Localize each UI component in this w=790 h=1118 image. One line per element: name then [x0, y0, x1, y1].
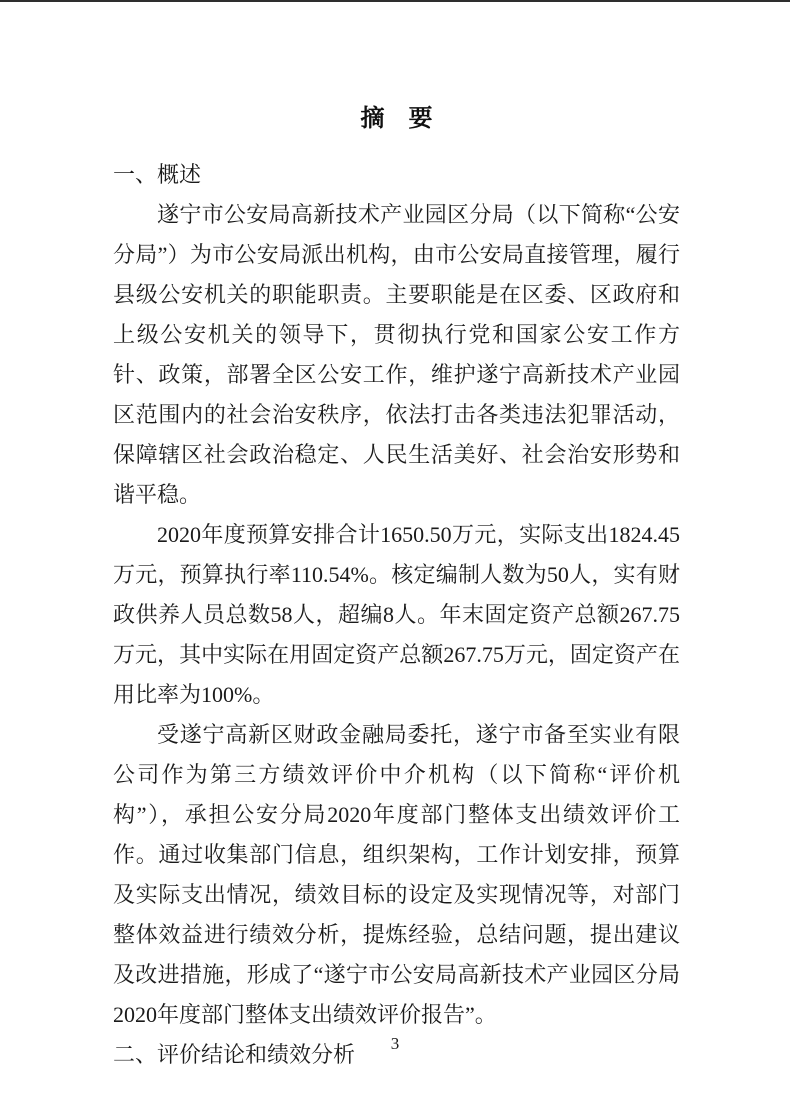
page-content: 摘 要 一、概述 遂宁市公安局高新技术产业园区分局（以下简称“公安分局”）为市公…: [113, 98, 680, 1075]
paragraph-organization-overview: 遂宁市公安局高新技术产业园区分局（以下简称“公安分局”）为市公安局派出机构，由市…: [113, 195, 680, 515]
paragraph-budget-figures: 2020年度预算安排合计1650.50万元，实际支出1824.45万元，预算执行…: [113, 515, 680, 715]
page-number: 3: [0, 1034, 790, 1054]
paragraph-evaluation-entrustment: 受遂宁高新区财政金融局委托，遂宁市备至实业有限公司作为第三方绩效评价中介机构（以…: [113, 715, 680, 1035]
section-heading-overview: 一、概述: [113, 155, 680, 195]
page-top-edge-line: [0, 0, 790, 2]
document-page: 摘 要 一、概述 遂宁市公安局高新技术产业园区分局（以下简称“公安分局”）为市公…: [0, 0, 790, 1118]
document-title: 摘 要: [113, 98, 680, 140]
